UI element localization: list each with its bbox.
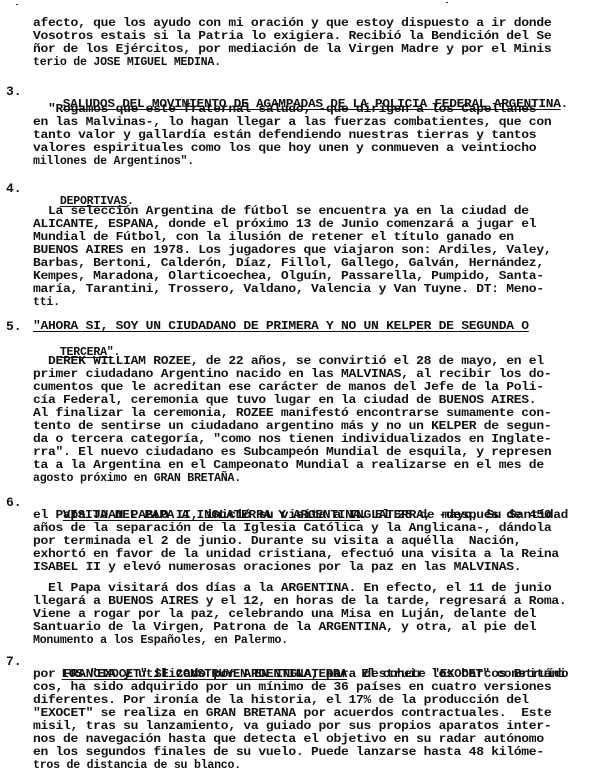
paragraph-line: llegará a BUENOS AIRES y el 12, en horas… — [33, 595, 566, 608]
paragraph-line: "EXOCET" se realiza en GRAN BRETAÑA por … — [33, 707, 551, 720]
paragraph-line: Barbas, Bertoni, Calderón, Díaz, Fillol,… — [33, 257, 544, 270]
paragraph-line: ta a la Argentina en el Campeonato Mundi… — [33, 459, 544, 472]
scan-speck — [446, 2, 448, 3]
paragraph-line: diferentes. Por ironía de la historia, e… — [33, 694, 529, 707]
paragraph-line: valores espirituales como los que hoy un… — [33, 142, 536, 155]
paragraph-line: Santuario de la Virgen, Patrona de la AR… — [33, 621, 536, 634]
scan-speck — [16, 4, 18, 5]
paragraph-line: rra". El nuevo ciudadano es Subcampeón M… — [33, 446, 551, 459]
paragraph-line: Al finalizar la ceremonia, ROZEE manifes… — [33, 407, 551, 420]
paragraph-line: tanto valor y gallardía están defendiend… — [33, 129, 536, 142]
paragraph-line: en los segundos finales de su vuelo. Pue… — [33, 746, 544, 759]
paragraph-line: nos de navegación hasta que detecta el o… — [33, 733, 544, 746]
paragraph-line: millones de Argentinos". — [33, 155, 194, 168]
paragraph-line: ISABEL II y elevó numerosas oraciones po… — [33, 561, 521, 574]
section-heading-text: "AHORA SI, SOY UN CIUDADANO DE PRIMERA Y… — [33, 320, 529, 333]
paragraph-line: por FRANCIA y utilizado por ARGENTINA, p… — [33, 668, 566, 681]
paragraph-line: cos, ha sido adquirido por un mínimo de … — [33, 681, 551, 694]
paragraph-line: da o tercera categoría, "como nos tienen… — [33, 433, 551, 446]
paragraph-line: ALICANTE, ESPAÑA, donde el próximo 13 de… — [33, 218, 536, 231]
paragraph-line: tento de sentirse un ciudadano argentino… — [33, 420, 551, 433]
paragraph-line: tros de distancia de su blanco. — [33, 759, 241, 772]
paragraph-line: Viene a rogar por la paz, celebrando una… — [33, 608, 536, 621]
paragraph-line: maría, Tarantini, Trossero, Valdano, Val… — [33, 283, 544, 296]
paragraph-line: en las Malvinas-, lo hagan llegar a las … — [33, 116, 551, 129]
paragraph-line: tti. — [33, 296, 60, 309]
paragraph-line: BUENOS AIRES en 1978. Los jugadores que … — [33, 244, 551, 257]
intro-line: terio de JOSE MIGUEL MEDINA. — [33, 56, 221, 69]
paragraph-line: Mundial de Fútbol, con la ilusión de ret… — [33, 231, 514, 244]
paragraph-line: años de la separación de la Iglesia Cató… — [33, 522, 551, 535]
paragraph-line: por terminada el 2 de junio. Durante su … — [33, 535, 521, 548]
heading-period: . — [561, 98, 568, 111]
paragraph-line: cía Federal, ceremonia que tuvo lugar en… — [33, 394, 536, 407]
paragraph-line: cumentos que le acreditan ese carácter d… — [33, 381, 544, 394]
intro-line: ñor de los Ejércitos, por mediación de l… — [33, 43, 551, 56]
paragraph-line: misil, tras su lanzamiento, va guiado po… — [33, 720, 551, 733]
intro-line: Vosotros estais si la Patria lo exigiera… — [33, 30, 551, 43]
section-number: 7. — [6, 655, 22, 668]
paragraph-line: DEREK WILLIAM ROZEE, de 22 años, se conv… — [33, 355, 544, 368]
paragraph-line: Monumento a los Españoles, en Palermo. — [33, 634, 288, 647]
paragraph-line: "Rogamos que este fraternal saludo, -que… — [33, 103, 536, 116]
paragraph-line: agosto próximo en GRAN BRETAÑA. — [33, 472, 241, 485]
section-number: 3. — [6, 85, 22, 98]
paragraph-line: el Papa JUAN PABLO II, inició su visita … — [33, 509, 551, 522]
paragraph-line: La selección Argentina de fútbol se encu… — [33, 205, 529, 218]
paragraph-line: Kempes, Maradona, Olarticoechea, Olguín,… — [33, 270, 544, 283]
paragraph-line: exhortó en favor de la unidad cristiana,… — [33, 548, 559, 561]
intro-line: afecto, que los ayudo con mi oración y q… — [33, 17, 551, 30]
paragraph-line: primer ciudadano Argentino nacido en las… — [33, 368, 551, 381]
section-number: 6. — [6, 496, 22, 509]
section-number: 4. — [6, 182, 22, 195]
section-number: 5. — [6, 320, 22, 333]
paragraph-line: El Papa visitará dos días a la ARGENTINA… — [33, 582, 551, 595]
typewritten-document-page: afecto, que los ayudo con mi oración y q… — [0, 0, 600, 779]
